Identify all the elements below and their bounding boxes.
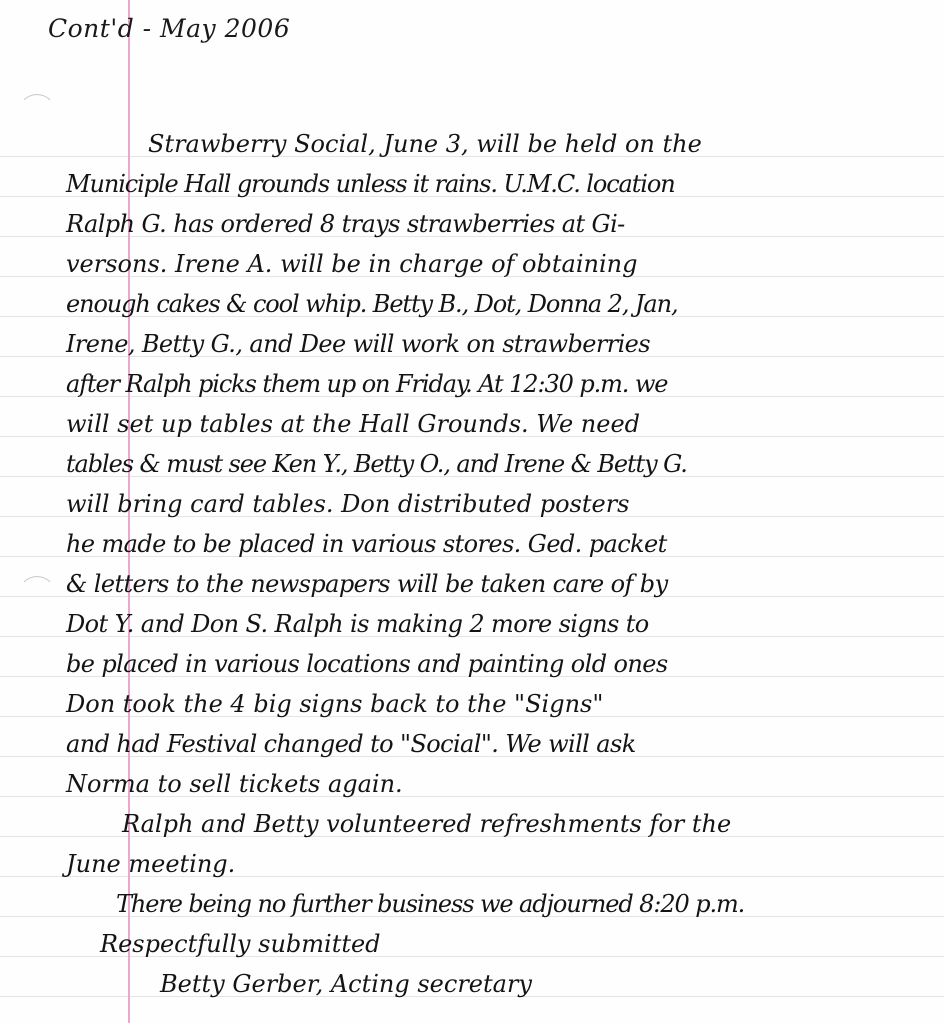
paragraph-line: June meeting. xyxy=(66,844,906,884)
paragraph-line: Ralph and Betty volunteered refreshments… xyxy=(66,804,906,844)
notebook-page: Cont'd - May 2006 Strawberry Social, Jun… xyxy=(0,0,944,1023)
paragraph-line: Dot Y. and Don S. Ralph is making 2 more… xyxy=(66,604,906,644)
paragraph-line: Don took the 4 big signs back to the "Si… xyxy=(66,684,906,724)
paragraph-line: be placed in various locations and paint… xyxy=(66,644,906,684)
paragraph-line: tables & must see Ken Y., Betty O., and … xyxy=(66,444,906,484)
paragraph-line: & letters to the newspapers will be take… xyxy=(66,564,906,604)
paragraph-line: Municiple Hall grounds unless it rains. … xyxy=(66,164,906,204)
paragraph-line: Irene, Betty G., and Dee will work on st… xyxy=(66,324,906,364)
paragraph-line: Norma to sell tickets again. xyxy=(66,764,906,804)
hole-punch-mark xyxy=(18,576,56,614)
paragraph-line: Ralph G. has ordered 8 trays strawberrie… xyxy=(66,204,906,244)
page-header: Cont'd - May 2006 xyxy=(48,14,290,43)
hole-punch-mark xyxy=(18,94,56,132)
signature-line: Betty Gerber, Acting secretary xyxy=(66,964,906,1004)
paragraph-line: Strawberry Social, June 3, will be held … xyxy=(66,124,906,164)
paragraph-line: after Ralph picks them up on Friday. At … xyxy=(66,364,906,404)
paragraph-line: enough cakes & cool whip. Betty B., Dot,… xyxy=(66,284,906,324)
minutes-body: Strawberry Social, June 3, will be held … xyxy=(66,124,906,1004)
paragraph-line: will set up tables at the Hall Grounds. … xyxy=(66,404,906,444)
paragraph-line: versons. Irene A. will be in charge of o… xyxy=(66,244,906,284)
signoff-line: Respectfully submitted xyxy=(66,924,906,964)
paragraph-line: he made to be placed in various stores. … xyxy=(66,524,906,564)
closing-line: There being no further business we adjou… xyxy=(66,884,906,924)
paragraph-line: will bring card tables. Don distributed … xyxy=(66,484,906,524)
paragraph-line: and had Festival changed to "Social". We… xyxy=(66,724,906,764)
